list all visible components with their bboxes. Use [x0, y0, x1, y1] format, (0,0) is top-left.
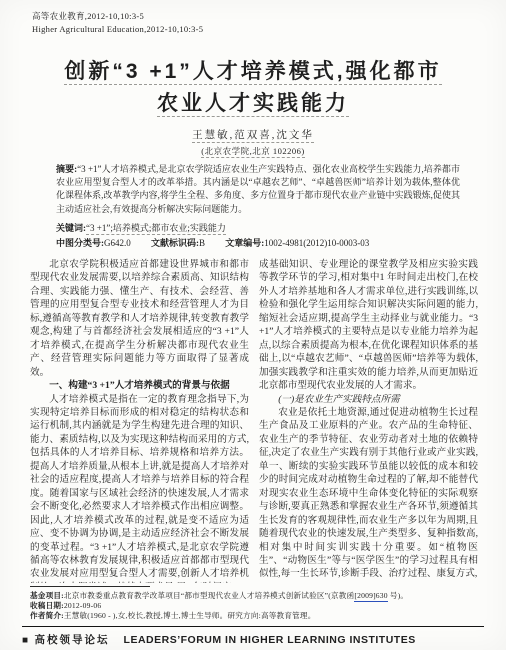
fund-ref-number: [2009]630: [354, 591, 387, 602]
footnote-bio-line: 作者简介:王慧敏(1960 - ),女,校长,教授,博士,博士生导师。研究方向:…: [30, 611, 486, 621]
keywords-label: 关键词:: [56, 223, 86, 233]
keywords-line: 关键词:“3 +1”;培养模式;都市农业;实践能力: [56, 221, 460, 234]
footer-section-en: LEADERS’FORUM IN HIGHER LEARNING INSTITU…: [124, 634, 416, 646]
affiliation-line: (北京农学院,北京 102206): [0, 145, 506, 157]
footnote-fund-line: 基金项目:北京市教委重点教育教学改革项目“都市型现代农业人才培养模式创新试验区”…: [30, 591, 486, 601]
journal-masthead: 高等农业教育,2012-10,10:3-5 Higher Agricultura…: [32, 10, 203, 35]
authors-line: 王慧敏,范双喜,沈文华: [0, 127, 506, 142]
footer-section-cn: 高校领导论坛: [35, 634, 110, 646]
article-body: 北京农学院积极适应首都建设世界城市和都市型现代农业发展需要,以培养综合素质高、知…: [30, 258, 478, 583]
classification-line: 中图分类号:G642.0 文献标识码:B 文章编号:1002-4981(2012…: [56, 236, 460, 249]
footnote-block: 基金项目:北京市教委重点教育教学改革项目“都市型现代农业人才培养模式创新试验区”…: [30, 591, 486, 621]
body-column-left: 北京农学院积极适应首都建设世界城市和都市型现代农业发展需要,以培养综合素质高、知…: [30, 258, 249, 583]
square-marker-icon: ■: [22, 635, 29, 646]
article-title: 创新“3 +1”人才培养模式,强化都市 农业人才实践能力: [0, 56, 506, 120]
page-footer: ■高校领导论坛LEADERS’FORUM IN HIGHER LEARNING …: [22, 626, 484, 647]
doc-code-pair: 文献标识码:B: [151, 238, 205, 248]
body-paragraph-continued: 成基础知识、专业理论的课堂教学及相应实验实践等教学环节的学习,相对集中1 年时间…: [259, 258, 478, 393]
clc-pair: 中图分类号:G642.0: [56, 238, 131, 248]
masthead-en: Higher Agricultural Education,2012-10,10…: [32, 23, 203, 36]
article-title-line2: 农业人才实践能力: [0, 88, 506, 120]
journal-page: 高等农业教育,2012-10,10:3-5 Higher Agricultura…: [0, 0, 506, 650]
article-id-pair: 文章编号:1002-4981(2012)10-0003-03: [225, 238, 369, 248]
masthead-cn: 高等农业教育,2012-10,10:3-5: [32, 10, 203, 23]
body-paragraph: 农业是依托土地资源,通过促进动植物生长过程生产食品及工业原料的产业。农产品的生命…: [259, 406, 478, 581]
footnote-divider: [30, 586, 150, 587]
abstract-text: “3 +1”人才培养模式,是北京农学院适应农业生产实践特点、强化农业高校学生实践…: [56, 164, 460, 214]
article-title-line1: 创新“3 +1”人才培养模式,强化都市: [0, 56, 506, 88]
keywords-text: “3 +1”;培养模式;都市农业;实践能力: [86, 223, 226, 235]
footnote-received-line: 收稿日期:2012-09-06: [30, 601, 486, 611]
subsection-heading: (一)是农业生产实践特点所需: [259, 393, 478, 406]
abstract-block: 摘要:“3 +1”人才培养模式,是北京农学院适应农业生产实践特点、强化农业高校学…: [56, 163, 460, 216]
section-heading: 一、构建“3 +1”人才培养模式的背景与依据: [30, 379, 249, 392]
body-column-right: 成基础知识、专业理论的课堂教学及相应实验实践等教学环节的学习,相对集中1 年时间…: [259, 258, 478, 583]
body-paragraph: 北京农学院积极适应首都建设世界城市和都市型现代农业发展需要,以培养综合素质高、知…: [30, 258, 249, 379]
body-paragraph: 人才培养模式是指在一定的教育理念指导下,为实现特定培养目标而形成的相对稳定的结构…: [30, 393, 249, 583]
abstract-label: 摘要:: [56, 164, 77, 174]
